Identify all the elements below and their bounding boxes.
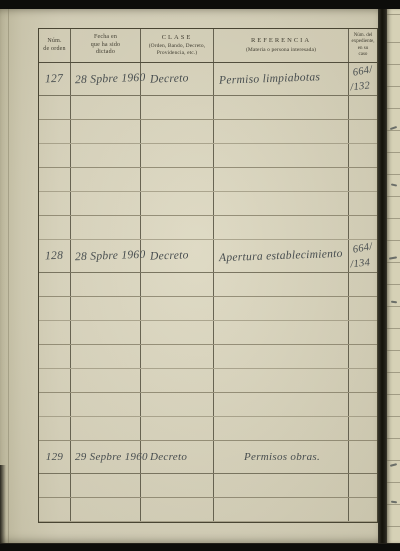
blank-row — [39, 192, 377, 216]
entry-clase-cell: Decreto — [141, 63, 214, 95]
entry-fecha: 28 Spbre 1960 — [75, 249, 146, 263]
blank-cell — [349, 273, 377, 296]
blank-rows-group — [39, 96, 377, 240]
blank-cell — [141, 216, 214, 239]
entry-fecha: 28 Spbre 1960 — [75, 72, 146, 86]
blank-row — [39, 273, 377, 297]
blank-cell — [71, 474, 141, 497]
entry-clase: Decreto — [150, 72, 189, 85]
entry-fecha: 29 Sepbre 1960 — [75, 451, 148, 463]
entry-referencia-cell: Permisos obras. — [214, 441, 349, 473]
blank-cell — [349, 96, 377, 119]
blank-cell — [349, 321, 377, 344]
blank-cell — [141, 393, 214, 416]
blank-cell — [349, 369, 377, 392]
entry-referencia: Permiso limpiabotas — [219, 71, 321, 87]
blank-cell — [71, 345, 141, 368]
register-page: Núm. de orden Fecha en que ha sido dicta… — [0, 9, 378, 543]
header-clase-subtitle: (Orden, Bando, Decreto, Providencia, etc… — [149, 43, 206, 57]
blank-cell — [39, 393, 71, 416]
entry-expediente-cell — [349, 441, 377, 473]
entry-clase: Decreto — [150, 249, 189, 262]
blank-cell — [214, 297, 349, 320]
blank-cell — [349, 393, 377, 416]
blank-cell — [349, 417, 377, 440]
expediente-denominator: /132 — [349, 80, 378, 95]
blank-cell — [39, 321, 71, 344]
blank-cell — [141, 96, 214, 119]
blank-cell — [39, 474, 71, 497]
entry-expediente-cell: 664/ /132 — [349, 63, 377, 95]
entry-row-128: 128 28 Spbre 1960 Decreto Apertura estab… — [39, 240, 377, 273]
header-referencia: REFERENCIA (Materia o persona interesada… — [214, 29, 349, 62]
blank-cell — [349, 498, 377, 521]
blank-rows-group — [39, 273, 377, 441]
blank-cell — [71, 297, 141, 320]
blank-cell — [71, 168, 141, 191]
blank-cell — [349, 144, 377, 167]
blank-cell — [214, 474, 349, 497]
blank-cell — [349, 120, 377, 143]
blank-cell — [214, 144, 349, 167]
blank-cell — [71, 498, 141, 521]
blank-cell — [214, 393, 349, 416]
scan-border-bottom — [0, 543, 400, 551]
register-table: Núm. de orden Fecha en que ha sido dicta… — [38, 28, 378, 523]
blank-cell — [214, 321, 349, 344]
entry-clase-cell: Decreto — [141, 240, 214, 272]
blank-cell — [214, 120, 349, 143]
page-gutter-shadow — [378, 0, 387, 551]
blank-cell — [39, 144, 71, 167]
blank-row — [39, 498, 377, 522]
expediente-numerator: 664/ — [348, 64, 378, 81]
blank-cell — [141, 120, 214, 143]
entry-clase: Decreto — [150, 451, 187, 463]
entry-num-cell: 127 — [39, 63, 71, 95]
entry-num: 127 — [45, 73, 64, 86]
blank-cell — [71, 273, 141, 296]
entry-num-cell: 128 — [39, 240, 71, 272]
scanned-register-page: Núm. de orden Fecha en que ha sido dicta… — [0, 0, 400, 551]
entry-fecha-cell: 28 Spbre 1960 — [71, 63, 141, 95]
header-clase: CLASE (Orden, Bando, Decreto, Providenci… — [141, 29, 214, 62]
entry-referencia-cell: Permiso limpiabotas — [214, 63, 349, 95]
header-referencia-title: REFERENCIA — [251, 37, 311, 45]
entry-fecha-cell: 28 Spbre 1960 — [71, 240, 141, 272]
blank-cell — [141, 321, 214, 344]
entry-expediente-cell: 664/ /134 — [349, 240, 377, 272]
blank-cell — [214, 369, 349, 392]
blank-row — [39, 144, 377, 168]
blank-cell — [214, 216, 349, 239]
header-expediente: Núm. del expediente, en su caso — [349, 29, 377, 62]
blank-row — [39, 369, 377, 393]
blank-cell — [39, 417, 71, 440]
blank-row — [39, 417, 377, 441]
entry-referencia: Apertura establecimiento — [219, 248, 343, 264]
blank-cell — [141, 474, 214, 497]
blank-cell — [39, 273, 71, 296]
blank-cell — [39, 297, 71, 320]
blank-row — [39, 168, 377, 192]
blank-cell — [71, 144, 141, 167]
blank-cell — [141, 297, 214, 320]
blank-cell — [141, 345, 214, 368]
blank-row — [39, 393, 377, 417]
blank-cell — [214, 345, 349, 368]
entry-row-127: 127 28 Spbre 1960 Decreto Permiso limpia… — [39, 63, 377, 96]
blank-cell — [214, 417, 349, 440]
blank-cell — [71, 96, 141, 119]
blank-cell — [39, 168, 71, 191]
blank-cell — [71, 120, 141, 143]
entry-clase-cell: Decreto — [141, 441, 214, 473]
blank-cell — [71, 393, 141, 416]
expediente-denominator: /134 — [349, 257, 378, 272]
entry-referencia: Permisos obras. — [244, 451, 320, 463]
entry-num-cell: 129 — [39, 441, 71, 473]
entry-referencia-cell: Apertura establecimiento — [214, 240, 349, 272]
blank-row — [39, 120, 377, 144]
blank-cell — [141, 168, 214, 191]
page-fold-line — [8, 9, 9, 543]
blank-cell — [349, 345, 377, 368]
blank-row — [39, 474, 377, 498]
blank-cell — [71, 369, 141, 392]
blank-cell — [39, 498, 71, 521]
blank-row — [39, 321, 377, 345]
entry-num: 128 — [45, 250, 64, 263]
page-edge-shadow — [0, 465, 6, 545]
header-fecha: Fecha en que ha sido dictado — [71, 29, 141, 62]
blank-rows-group — [39, 474, 377, 522]
blank-cell — [349, 216, 377, 239]
blank-cell — [39, 192, 71, 215]
header-clase-title: CLASE — [162, 34, 193, 42]
entry-row-129: 129 29 Sepbre 1960 Decreto Permisos obra… — [39, 441, 377, 474]
blank-cell — [71, 417, 141, 440]
blank-row — [39, 297, 377, 321]
blank-row — [39, 96, 377, 120]
blank-cell — [214, 273, 349, 296]
header-referencia-subtitle: (Materia o persona interesada) — [246, 47, 316, 54]
blank-cell — [71, 192, 141, 215]
blank-cell — [349, 297, 377, 320]
blank-cell — [214, 192, 349, 215]
entry-num: 129 — [46, 451, 63, 463]
blank-cell — [141, 498, 214, 521]
blank-cell — [349, 474, 377, 497]
blank-cell — [349, 192, 377, 215]
blank-cell — [39, 369, 71, 392]
blank-cell — [39, 345, 71, 368]
blank-cell — [71, 216, 141, 239]
expediente-numerator: 664/ — [348, 241, 378, 258]
blank-cell — [141, 273, 214, 296]
table-header-row: Núm. de orden Fecha en que ha sido dicta… — [39, 29, 377, 63]
blank-cell — [141, 417, 214, 440]
entry-expediente-number: 664/ /132 — [349, 66, 378, 94]
blank-row — [39, 216, 377, 240]
blank-cell — [214, 168, 349, 191]
blank-cell — [39, 120, 71, 143]
blank-cell — [214, 498, 349, 521]
blank-cell — [141, 192, 214, 215]
entry-expediente-number: 664/ /134 — [349, 243, 378, 271]
blank-row — [39, 345, 377, 369]
blank-cell — [349, 168, 377, 191]
scan-border-top — [0, 0, 400, 9]
blank-cell — [141, 369, 214, 392]
header-num-orden: Núm. de orden — [39, 29, 71, 62]
blank-cell — [39, 96, 71, 119]
entry-fecha-cell: 29 Sepbre 1960 — [71, 441, 141, 473]
blank-cell — [214, 96, 349, 119]
blank-cell — [141, 144, 214, 167]
blank-cell — [39, 216, 71, 239]
blank-cell — [71, 321, 141, 344]
adjacent-page-edge — [387, 9, 400, 543]
